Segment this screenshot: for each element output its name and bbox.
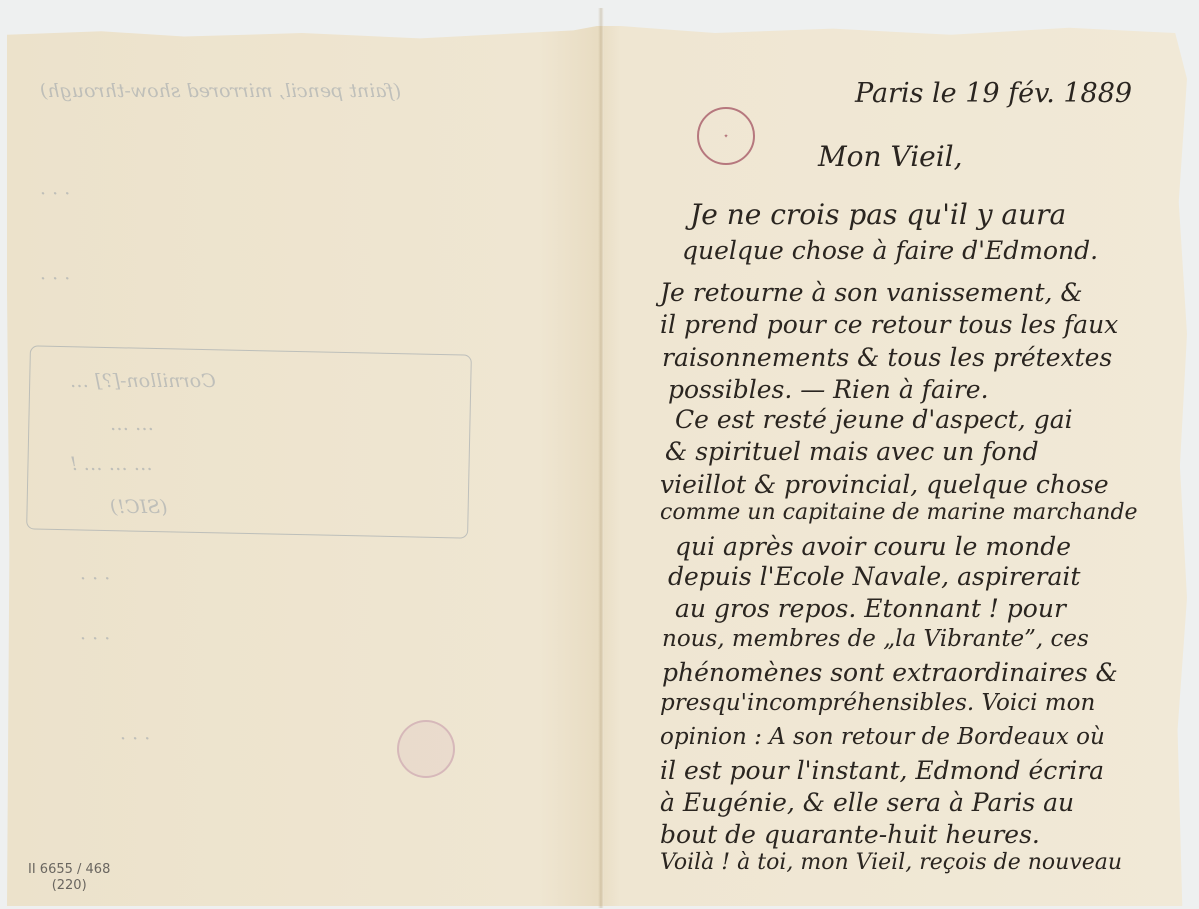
letter-line-9: vieillot & provincial, quelque chose <box>660 470 1109 499</box>
center-fold <box>598 8 604 908</box>
pencil-top-line-2: · · · <box>40 175 70 213</box>
letter-line-14: nous, membres de „la Vibrante”, ces <box>662 626 1089 652</box>
letter-line-10: comme un capitaine de marine marchande <box>660 500 1138 525</box>
pencil-lower-line-1: · · · <box>80 560 110 598</box>
letter-line-12: depuis l'Ecole Navale, aspirerait <box>668 562 1080 591</box>
library-stamp-icon: ✦ <box>697 107 755 165</box>
letter-line-7: Ce est resté jeune d'aspect, gai <box>675 405 1073 434</box>
letter-line-21: Voilà ! à toi, mon Vieil, reçois de nouv… <box>660 850 1122 875</box>
pencil-box-line-3: … … … ! <box>70 445 153 483</box>
pencil-box-line-2: … … <box>110 405 154 443</box>
letter-line-16: presqu'incompréhensibles. Voici mon <box>660 690 1095 716</box>
letter-line-3: Je retourne à son vanissement, & <box>660 278 1083 307</box>
letter-line-17: opinion : A son retour de Bordeaux où <box>660 724 1105 750</box>
letter-line-1: Je ne crois pas qu'il y aura <box>690 198 1066 231</box>
letter-line-11: qui après avoir couru le monde <box>675 532 1071 561</box>
letter-line-15: phénomènes sont extraordinaires & <box>662 658 1118 687</box>
shelfmark: II 6655 / 468 (220) <box>28 862 110 894</box>
letter-line-20: bout de quarante-huit heures. <box>660 820 1040 849</box>
letter-line-19: à Eugénie, & elle sera à Paris au <box>660 788 1074 817</box>
pencil-lower-line-3: · · · <box>120 720 150 758</box>
letter-line-2: quelque chose à faire d'Edmond. <box>682 236 1098 265</box>
pencil-box-line-1: Cornillon-[?] … <box>70 362 216 400</box>
salutation: Mon Vieil, <box>818 140 963 173</box>
dateline: Paris le 19 fév. 1889 <box>855 78 1132 109</box>
letter-line-6: possibles. — Rien à faire. <box>668 375 989 404</box>
pencil-top-line-3: · · · <box>40 260 70 298</box>
shelfmark-line-1: II 6655 / 468 <box>28 862 110 878</box>
pencil-top-line-1: (faint pencil, mirrored show-through) <box>40 72 401 110</box>
letter-line-13: au gros repos. Etonnant ! pour <box>675 594 1066 623</box>
pencil-box-line-4: (SIC!) <box>110 488 168 526</box>
letter-line-4: il prend pour ce retour tous les faux <box>660 310 1118 339</box>
letter-line-18: il est pour l'instant, Edmond écrira <box>660 756 1104 785</box>
faded-stamp-icon <box>397 720 455 778</box>
letter-line-5: raisonnements & tous les prétextes <box>662 343 1112 372</box>
letter-line-8: & spirituel mais avec un fond <box>665 437 1039 466</box>
pencil-lower-line-2: · · · <box>80 620 110 658</box>
shelfmark-line-2: (220) <box>28 878 110 894</box>
